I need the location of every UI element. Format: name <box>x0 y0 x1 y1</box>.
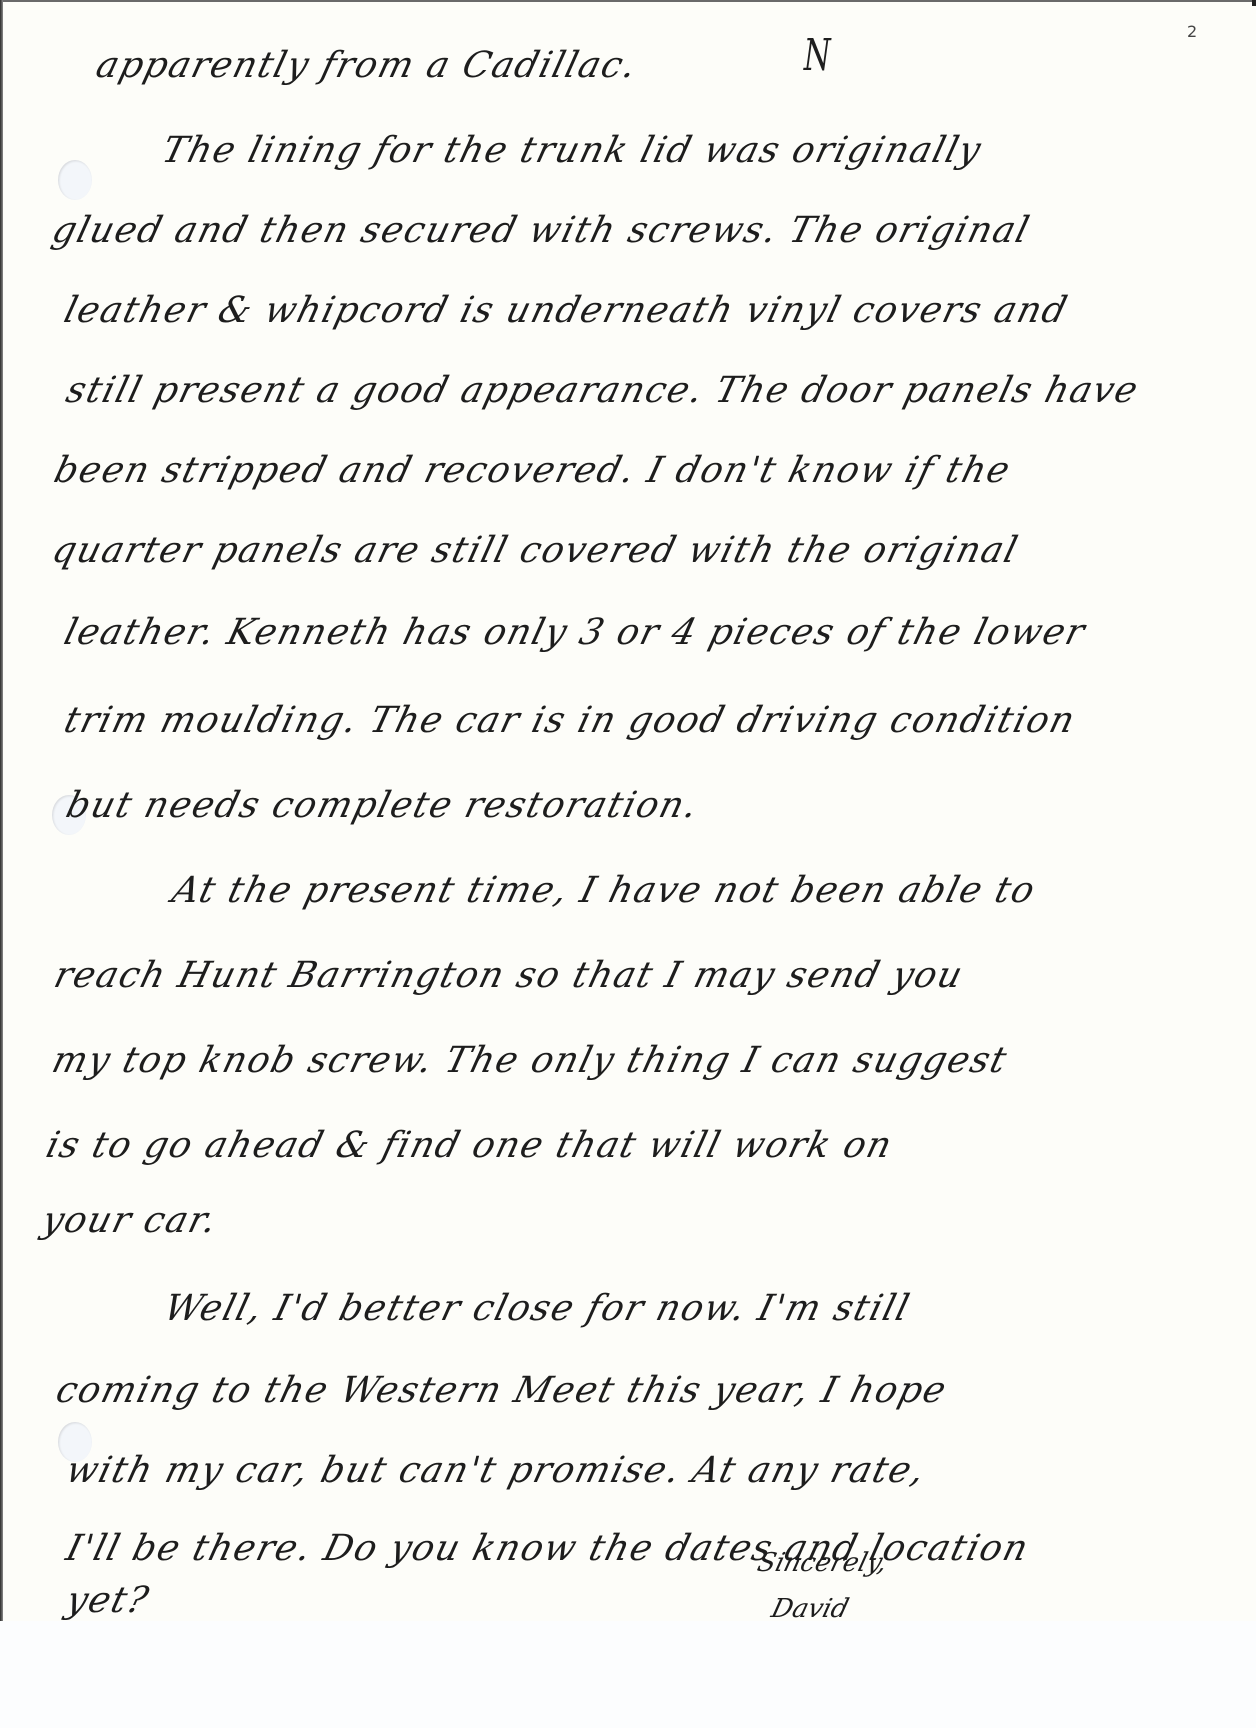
letter-line: trim moulding. The car is in good drivin… <box>60 700 1080 741</box>
letter-line: is to go ahead & find one that will work… <box>42 1125 897 1166</box>
scan-bottom-band <box>0 1621 1256 1728</box>
letter-line: yet? <box>62 1580 154 1621</box>
letter-line: still present a good appearance. The doo… <box>62 370 1143 411</box>
letter-line: glued and then secured with screws. The … <box>48 210 1034 251</box>
letter-line: my top knob screw. The only thing I can … <box>48 1040 1012 1081</box>
scan-edge-top <box>0 0 1256 2</box>
margin-mark: N <box>804 30 831 81</box>
hole-punch-icon <box>58 160 92 200</box>
letter-line: your car. <box>38 1200 222 1241</box>
scan-edge-left <box>0 0 3 1728</box>
letter-line: The lining for the trunk lid was origina… <box>158 130 986 171</box>
letter-line: coming to the Western Meet this year, I … <box>52 1370 951 1411</box>
letter-signature: David <box>768 1594 851 1624</box>
letter-closing: Sincerely, <box>754 1548 890 1578</box>
page-number: 2 <box>1187 22 1197 41</box>
letter-line: been stripped and recovered. I don't kno… <box>50 450 1015 491</box>
scan-edge-corner <box>1252 0 1256 6</box>
letter-line: quarter panels are still covered with th… <box>48 530 1023 571</box>
letter-line: apparently from a Cadillac. <box>92 45 642 86</box>
letter-line: reach Hunt Barrington so that I may send… <box>50 955 968 996</box>
letter-line: leather & whipcord is underneath vinyl c… <box>60 290 1072 331</box>
letter-line: but needs complete restoration. <box>62 785 703 826</box>
letter-line: with my car, but can't promise. At any r… <box>62 1450 930 1491</box>
letter-line: Well, I'd better close for now. I'm stil… <box>160 1288 915 1329</box>
letter-line: At the present time, I have not been abl… <box>168 870 1040 911</box>
letter-line: leather. Kenneth has only 3 or 4 pieces … <box>60 612 1090 653</box>
letter-page: 2 N apparently from a Cadillac. The lini… <box>0 0 1256 1728</box>
